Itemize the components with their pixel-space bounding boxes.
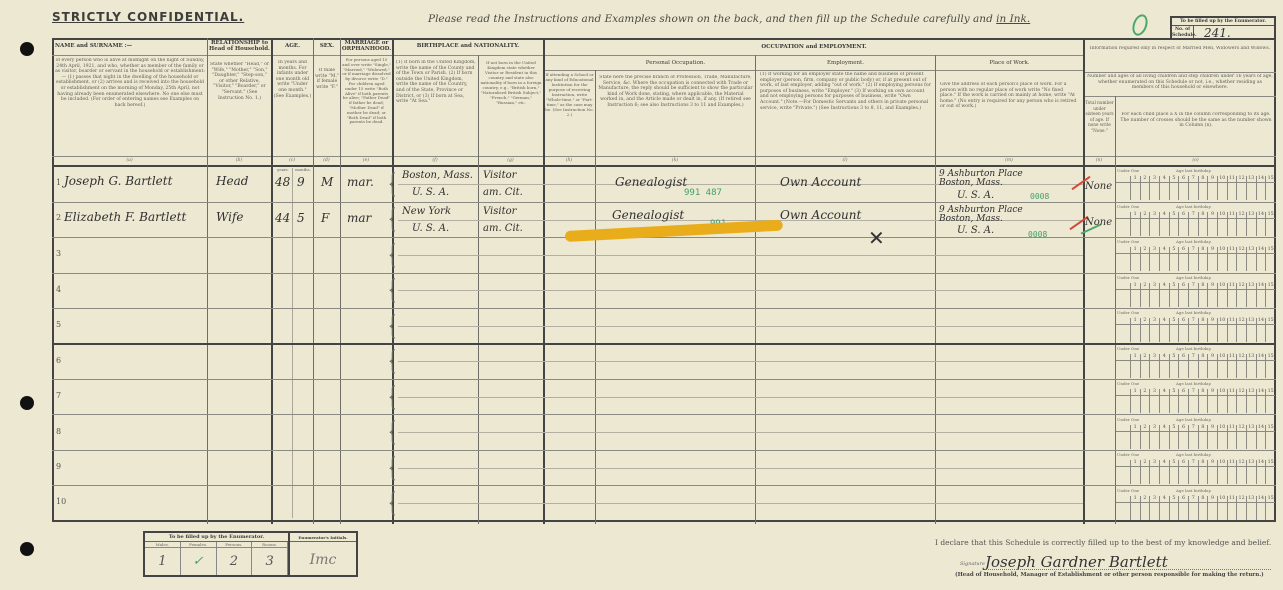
header-bottom	[52, 165, 1276, 167]
nationality: Visitor	[483, 206, 516, 217]
header-divider	[543, 70, 1083, 71]
instructions-line: Please read the Instructions and Example…	[428, 13, 1030, 25]
place-code: 0008	[1028, 230, 1047, 239]
age-months: 9	[297, 175, 305, 189]
place-of-work-country: U. S. A.	[957, 225, 994, 236]
employment: Own Account	[780, 208, 861, 222]
signature-label: Signature	[960, 561, 985, 567]
enumerator-zero-mark	[1130, 12, 1151, 37]
brace-icon: {	[388, 349, 396, 373]
brace-icon: {	[388, 207, 396, 231]
place-of-work-city: Boston, Mass.	[939, 214, 1003, 224]
occupation: Genealogist	[612, 208, 684, 222]
females-check: ✓	[181, 548, 217, 575]
nationality-detail: am. Cit.	[483, 223, 523, 234]
persons-count: 2	[217, 548, 253, 575]
place-of-work-country: U. S. A.	[957, 190, 994, 201]
row-divider	[52, 450, 1276, 451]
header-divider	[52, 156, 1276, 157]
cross-mark-icon: ✕	[868, 226, 885, 250]
birthplace: Boston, Mass.	[402, 170, 473, 181]
sex: M	[321, 175, 333, 189]
males-count: 1	[145, 548, 181, 575]
brace-icon: {	[388, 278, 396, 302]
sex: F	[321, 211, 329, 225]
punch-hole	[20, 42, 34, 56]
marriage-status: mar.	[347, 175, 374, 189]
row-divider	[52, 273, 1276, 274]
brace-icon: {	[388, 243, 396, 267]
rooms-count: 3	[252, 548, 288, 575]
occupation-code: 991 487	[684, 188, 722, 198]
age-years: 44	[275, 211, 290, 225]
birthplace-country: U. S. A.	[412, 187, 449, 198]
signature-caption: (Head of Household, Manager of Establish…	[955, 572, 1264, 578]
row-divider	[52, 414, 1276, 415]
punch-hole	[20, 396, 34, 410]
schedule-number-box: To be filled up by the Enumerator. No. o…	[1170, 16, 1276, 40]
brace-icon: {	[388, 420, 396, 444]
brace-icon: {	[388, 491, 396, 515]
nationality: Visitor	[483, 170, 516, 181]
declaration-text: I declare that this Schedule is correctl…	[935, 538, 1271, 547]
nationality-detail: am. Cit.	[483, 187, 523, 198]
employment: Own Account	[780, 175, 861, 189]
row-divider	[52, 308, 1276, 309]
enumerator-initials: Imc	[290, 542, 356, 578]
header-divider	[1084, 96, 1276, 97]
age-years: 48	[275, 175, 290, 189]
header-divider	[1084, 72, 1276, 73]
place-code: 0008	[1030, 192, 1049, 201]
col-divider	[207, 38, 208, 524]
document-heading: STRICTLY CONFIDENTIAL.	[52, 10, 244, 24]
row-divider	[52, 379, 1276, 380]
enumerator-box: To be filled up by the Enumerator. Males…	[143, 531, 358, 577]
birthplace-country: U. S. A.	[412, 223, 449, 234]
col-divider	[271, 38, 273, 524]
row-divider	[52, 237, 1276, 238]
brace-icon: {	[388, 172, 396, 196]
col-divider	[595, 70, 596, 524]
col-divider	[313, 38, 314, 524]
marriage-status: mar	[347, 211, 371, 225]
signature-line	[985, 569, 1271, 570]
relationship: Head	[216, 174, 248, 188]
relationship: Wife	[216, 210, 244, 224]
punch-hole	[20, 542, 34, 556]
children-total: None	[1085, 217, 1112, 228]
children-total: None	[1085, 181, 1112, 192]
brace-icon: {	[388, 385, 396, 409]
row-divider	[52, 202, 1276, 203]
occupation: Genealogist	[615, 175, 687, 189]
birthplace: New York	[402, 206, 451, 217]
age-months: 5	[297, 211, 305, 225]
brace-icon: {	[388, 314, 396, 338]
brace-icon: {	[388, 456, 396, 480]
person-name: Joseph G. Bartlett	[64, 174, 172, 188]
row-divider-thick	[52, 343, 1276, 345]
col-divider	[340, 38, 341, 524]
person-name: Elizabeth F. Bartlett	[64, 210, 186, 224]
place-of-work-city: Boston, Mass.	[939, 178, 1003, 188]
row-divider	[52, 485, 1276, 486]
